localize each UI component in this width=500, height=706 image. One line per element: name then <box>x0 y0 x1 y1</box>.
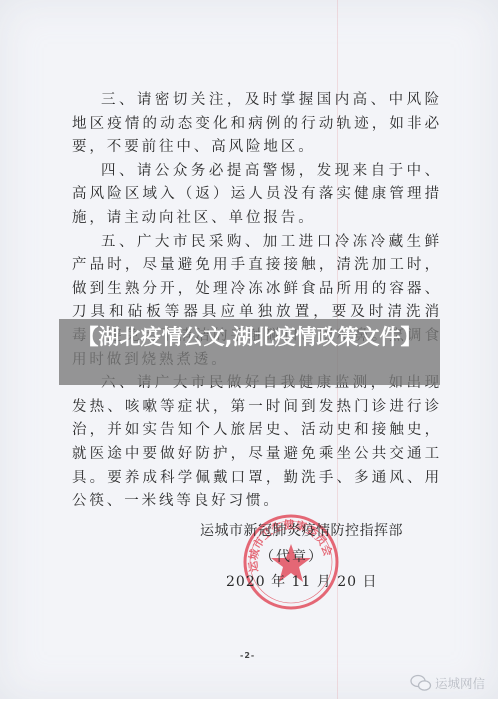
wechat-icon <box>410 674 432 692</box>
issue-date: 2020 年 11 月 20 日 <box>226 571 378 591</box>
watermark-label: 运城网信 <box>435 674 485 692</box>
paragraph-6: 六、请广大市民做好自我健康监测，如出现发热、咳嗽等症状，第一时间到发热门诊进行诊… <box>72 372 442 514</box>
page-number: -2- <box>240 651 255 660</box>
paragraph-3: 三、请密切关注，及时掌握国内高、中风险地区疫情的动态变化和病例的行动轨迹，如非必… <box>72 89 442 160</box>
paragraph-4: 四、请公众务必提高警惕，发现来自于中、高风险区域入（返）运人员没有落实健康管理措… <box>72 160 442 231</box>
issuing-organization: 运城市新冠肺炎疫情防控指挥部 <box>200 520 403 540</box>
overlay-title: 【湖北疫情公文,湖北疫情政策文件】 <box>78 325 422 349</box>
document-body: 三、请密切关注，及时掌握国内高、中风险地区疫情的动态变化和病例的行动轨迹，如非必… <box>72 89 442 514</box>
seal-note: （代章） <box>260 546 324 566</box>
title-overlay: 【湖北疫情公文,湖北疫情政策文件】 <box>59 319 440 385</box>
watermark: 运城网信 <box>410 674 485 692</box>
